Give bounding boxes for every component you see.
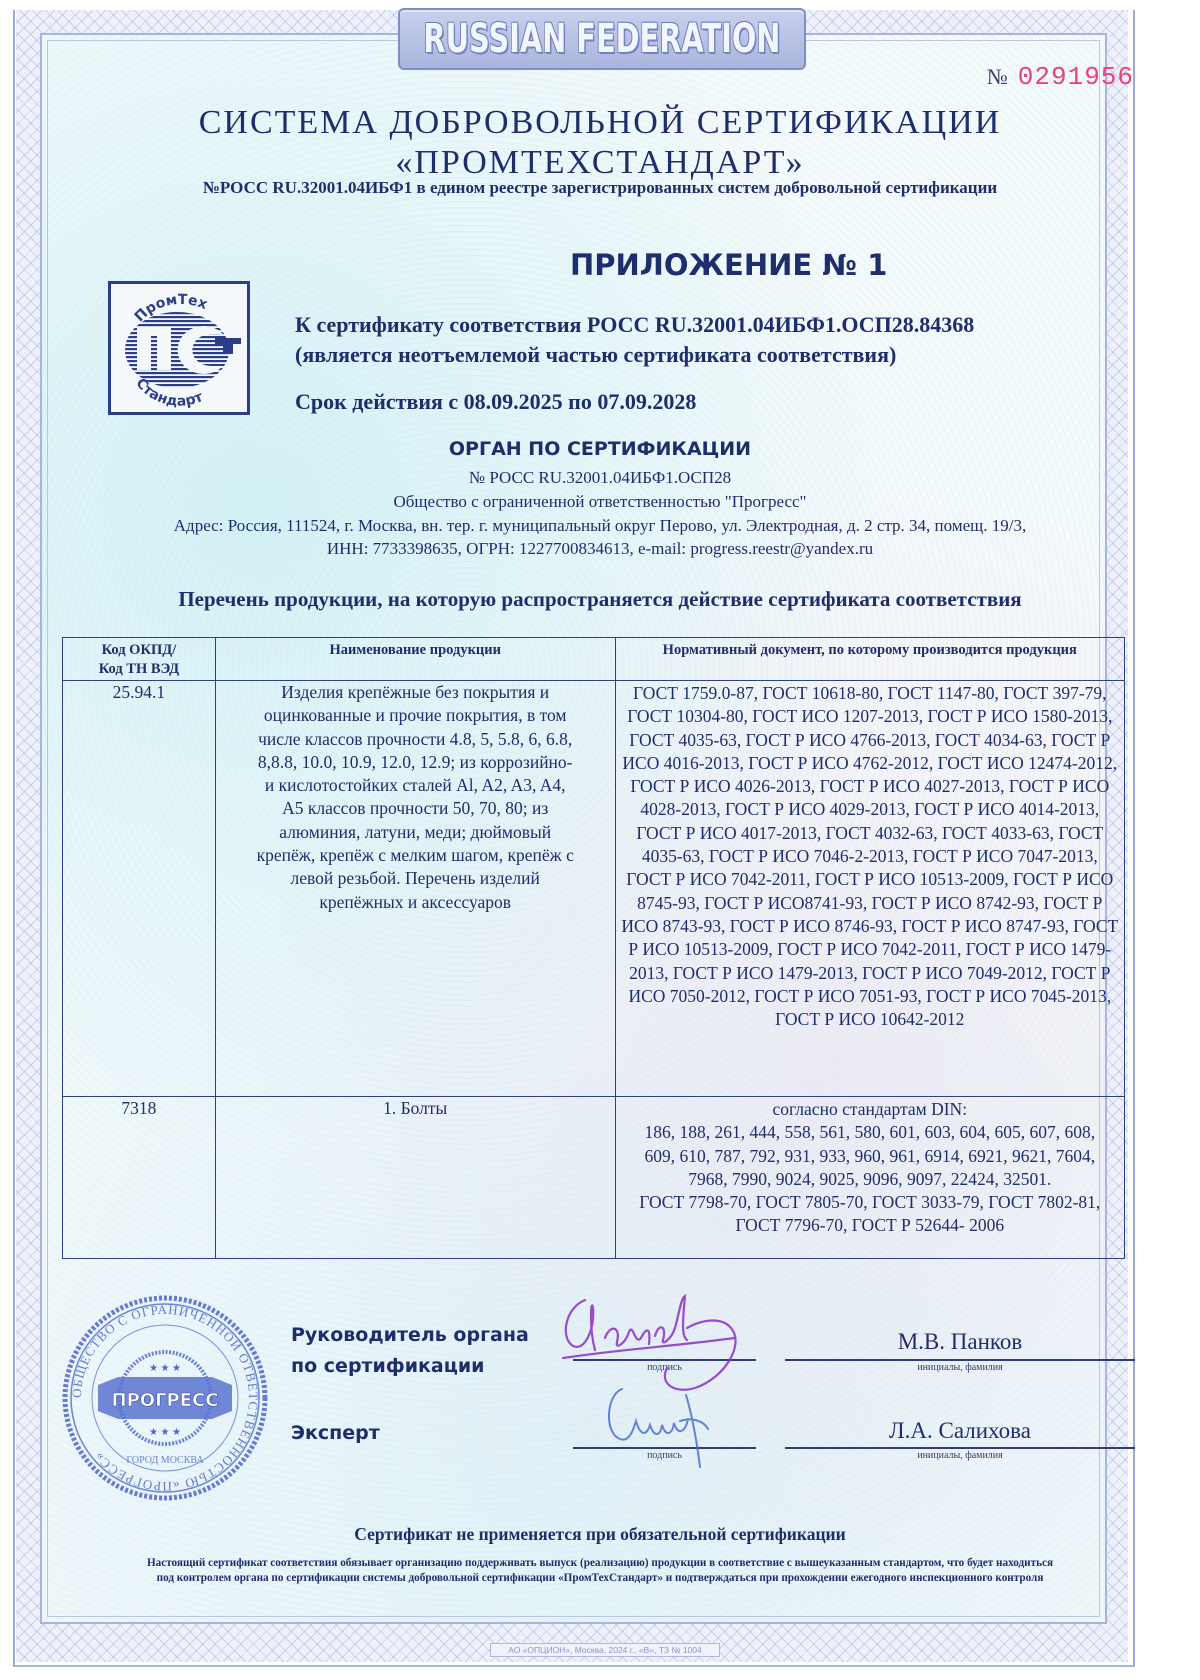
din-intro: согласно стандартам DIN:: [618, 1098, 1122, 1121]
registry-note: №РОСС RU.32001.04ИБФ1 в едином реестре з…: [0, 178, 1200, 198]
head-name: М.В. Панков: [785, 1329, 1135, 1355]
head-name-line: [785, 1359, 1135, 1361]
expert-name-line: [785, 1447, 1135, 1449]
certificate-reference: К сертификату соответствия РОСС RU.32001…: [295, 312, 974, 338]
product-code: 25.94.1: [63, 681, 216, 1097]
product-name: Изделия крепёжные без покрытия и оцинков…: [215, 681, 615, 1097]
din-standards: 186, 188, 261, 444, 558, 561, 580, 601, …: [618, 1121, 1122, 1191]
country-banner: RUSSIAN FEDERATION: [398, 8, 806, 70]
svg-text:ПРОГРЕСС: ПРОГРЕСС: [112, 1390, 219, 1411]
certification-body-number: № РОСС RU.32001.04ИБФ1.ОСП28: [0, 468, 1200, 488]
head-name-caption: инициалы, фамилия: [785, 1362, 1135, 1373]
serial-prefix: №: [987, 64, 1008, 89]
not-applicable-note: Сертификат не применяется при обязательн…: [0, 1524, 1200, 1545]
column-header-name: Наименование продукции: [215, 638, 615, 681]
certification-body-address: Адрес: Россия, 111524, г. Москва, вн. те…: [0, 516, 1200, 536]
product-standards: согласно стандартам DIN: 186, 188, 261, …: [615, 1097, 1124, 1259]
gost-standards: ГОСТ 7798-70, ГОСТ 7805-70, ГОСТ 3033-79…: [618, 1191, 1122, 1238]
appendix-title: ПРИЛОЖЕНИЕ № 1: [570, 248, 887, 282]
serial-number: №0291956: [987, 62, 1134, 92]
table-row: 7318 1. Болты согласно стандартам DIN: 1…: [63, 1097, 1125, 1259]
svg-text:★ ★ ★: ★ ★ ★: [149, 1363, 181, 1374]
system-title-line1: СИСТЕМА ДОБРОВОЛЬНОЙ СЕРТИФИКАЦИИ: [0, 104, 1200, 142]
expert-signature-icon: [600, 1375, 730, 1475]
certification-body-organization: Общество с ограниченной ответственностью…: [0, 492, 1200, 512]
expert-role-label: Эксперт: [291, 1418, 380, 1449]
column-header-code: Код ОКПД/ Код ТН ВЭД: [63, 638, 216, 681]
expert-name: Л.А. Салихова: [785, 1418, 1135, 1444]
integral-part-note: (является неотъемлемой частью сертификат…: [295, 342, 896, 368]
product-code: 7318: [63, 1097, 216, 1259]
country-banner-text: RUSSIAN FEDERATION: [424, 16, 781, 62]
promtekhstandart-logo-icon: ПромТех Стандарт: [108, 281, 250, 415]
validity-period: Срок действия с 08.09.2025 по 07.09.2028: [295, 389, 696, 415]
organization-seal-icon: ОБЩЕСТВО С ОГРАНИЧЕННОЙ ОТВЕТСТВЕННОСТЬЮ…: [60, 1293, 270, 1503]
certification-body-requisites: ИНН: 7733398635, ОГРН: 1227700834613, e-…: [0, 539, 1200, 559]
svg-text:ГОРОД МОСКВА: ГОРОД МОСКВА: [126, 1455, 204, 1466]
column-header-standard: Нормативный документ, по которому произв…: [615, 638, 1124, 681]
head-role-label: Руководитель органа по сертификации: [291, 1320, 529, 1382]
table-row: 25.94.1 Изделия крепёжные без покрытия и…: [63, 681, 1125, 1097]
product-table: Код ОКПД/ Код ТН ВЭД Наименование продук…: [62, 637, 1125, 1259]
printer-imprint: АО «ОПЦИОН», Москва, 2024 г., «В», ТЗ № …: [490, 1643, 720, 1657]
obligation-note: Настоящий сертификат соответствия обязыв…: [90, 1556, 1110, 1586]
system-title-line2: «ПРОМТЕХСТАНДАРТ»: [0, 144, 1200, 182]
product-name: 1. Болты: [215, 1097, 615, 1259]
svg-text:★ ★ ★: ★ ★ ★: [149, 1427, 181, 1438]
expert-name-caption: инициалы, фамилия: [785, 1450, 1135, 1461]
table-header-row: Код ОКПД/ Код ТН ВЭД Наименование продук…: [63, 638, 1125, 681]
product-list-title: Перечень продукции, на которую распростр…: [0, 587, 1200, 612]
certification-body-heading: ОРГАН ПО СЕРТИФИКАЦИИ: [0, 438, 1200, 460]
product-standards: ГОСТ 1759.0-87, ГОСТ 10618-80, ГОСТ 1147…: [615, 681, 1124, 1097]
serial-value: 0291956: [1018, 62, 1134, 92]
